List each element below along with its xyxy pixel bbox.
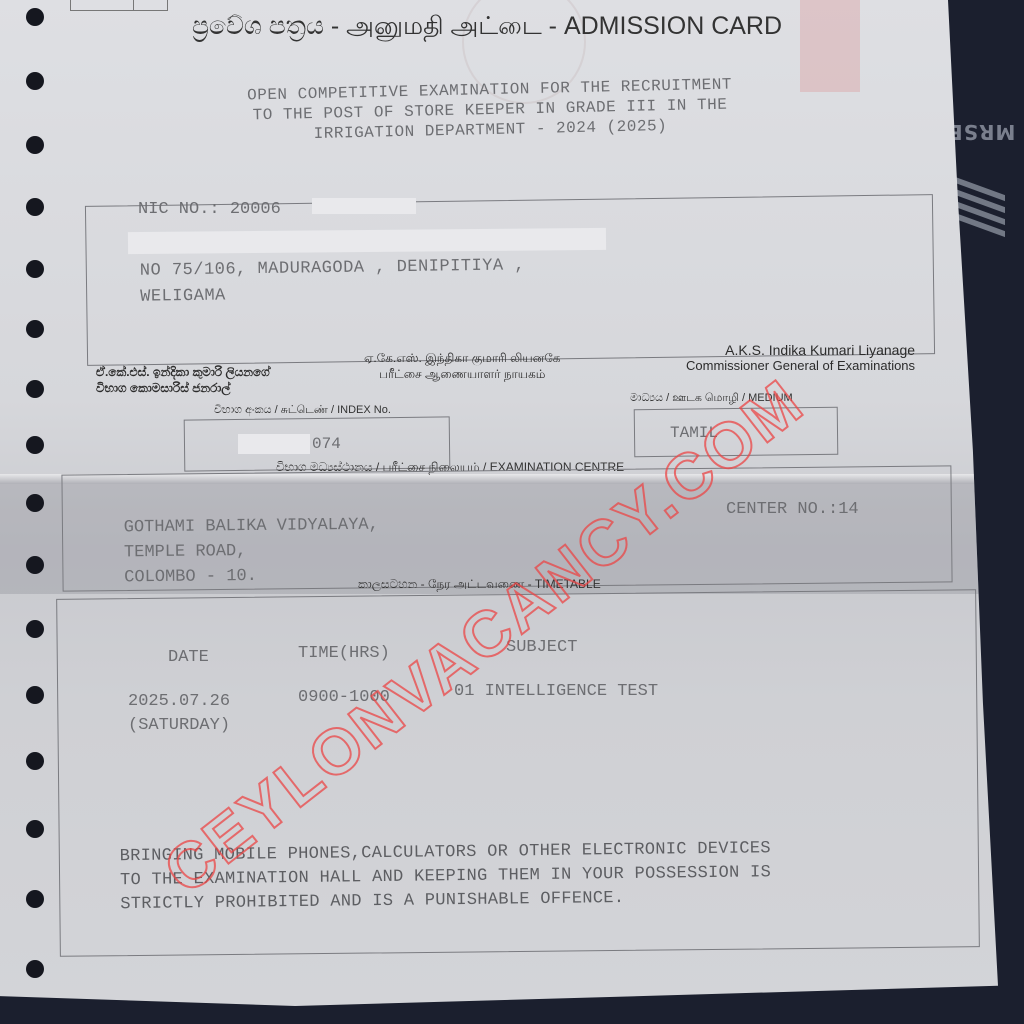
- centre-line: GOTHAMI BALIKA VIDYALAYA,: [124, 513, 379, 541]
- signatory-sinhala-name: ඒ.කේ.එස්. ඉන්දිකා කුමාරි ලියනගේ: [96, 364, 270, 380]
- photo-box-edge: [70, 0, 168, 11]
- feed-hole: [26, 820, 44, 838]
- date-value: 2025.07.26: [128, 690, 230, 714]
- feed-hole: [26, 494, 44, 512]
- signatory-sinhala-title: විභාග කොමසාරිස් ජනරාල්: [96, 380, 270, 396]
- feed-hole: [26, 752, 44, 770]
- centre-line: COLOMBO - 10.: [124, 563, 379, 591]
- index-label: විභාග අංකය / சுட்டெண் / INDEX No.: [214, 404, 391, 418]
- feed-hole: [26, 136, 44, 154]
- feed-hole: [26, 436, 44, 454]
- nic-number: NIC NO.: 20006: [138, 200, 281, 219]
- nic-value: 20006: [230, 200, 281, 219]
- center-number: CENTER NO.:14: [726, 500, 859, 519]
- feed-hole: [26, 620, 44, 638]
- redacted-index: [238, 434, 310, 454]
- feed-hole: [26, 8, 44, 26]
- redacted-name: [128, 228, 606, 254]
- timetable-date: 2025.07.26 (SATURDAY): [128, 690, 230, 738]
- feed-hole: [26, 960, 44, 978]
- address-line: WELIGAMA: [140, 279, 526, 310]
- timetable-header-date: DATE: [168, 648, 209, 667]
- timetable-header-time: TIME(HRS): [298, 644, 390, 663]
- background-fabric-print: MRSE: [948, 120, 1015, 144]
- feed-hole: [26, 320, 44, 338]
- signatory-english-title: Commissioner General of Examinations: [686, 358, 915, 374]
- feed-hole: [26, 380, 44, 398]
- signatory-english: A.K.S. Indika Kumari Liyanage Commission…: [686, 342, 915, 374]
- exam-centre-address: GOTHAMI BALIKA VIDYALAYA, TEMPLE ROAD, C…: [124, 513, 380, 591]
- timetable-subject: 01 INTELLIGENCE TEST: [454, 680, 658, 704]
- feed-hole: [26, 72, 44, 90]
- feed-hole: [26, 890, 44, 908]
- redacted-nic: [312, 198, 416, 214]
- signatory-tamil-title: பரீட்சை ஆணையாளர் நாயகம்: [364, 366, 560, 382]
- feed-hole: [26, 686, 44, 704]
- red-stamp: [800, 0, 860, 92]
- feed-hole: [26, 260, 44, 278]
- background-fabric-pattern: [955, 180, 1005, 260]
- signatory-english-name: A.K.S. Indika Kumari Liyanage: [686, 342, 915, 358]
- feed-hole: [26, 198, 44, 216]
- address-line: NO 75/106, MADURAGODA , DENIPITIYA ,: [140, 253, 526, 284]
- signatory-tamil: ஏ.கே.எஸ். இந்திகா குமாரி லியனகே பரீட்சை …: [364, 350, 560, 382]
- nic-label: NIC NO.:: [138, 200, 220, 219]
- centre-line: TEMPLE ROAD,: [124, 538, 379, 566]
- candidate-address: NO 75/106, MADURAGODA , DENIPITIYA , WEL…: [140, 253, 526, 310]
- day-value: (SATURDAY): [128, 714, 230, 738]
- card-title: ප්‍රවේශ පත්‍රය - அனுமதி அட்டை - ADMISSIO…: [192, 12, 782, 44]
- signatory-sinhala: ඒ.කේ.එස්. ඉන්දිකා කුමාරි ලියනගේ විභාග කො…: [96, 364, 270, 396]
- signatory-tamil-name: ஏ.கே.எஸ். இந்திகா குமாரி லியனகே: [364, 350, 560, 366]
- feed-hole: [26, 556, 44, 574]
- index-value: 074: [312, 435, 341, 453]
